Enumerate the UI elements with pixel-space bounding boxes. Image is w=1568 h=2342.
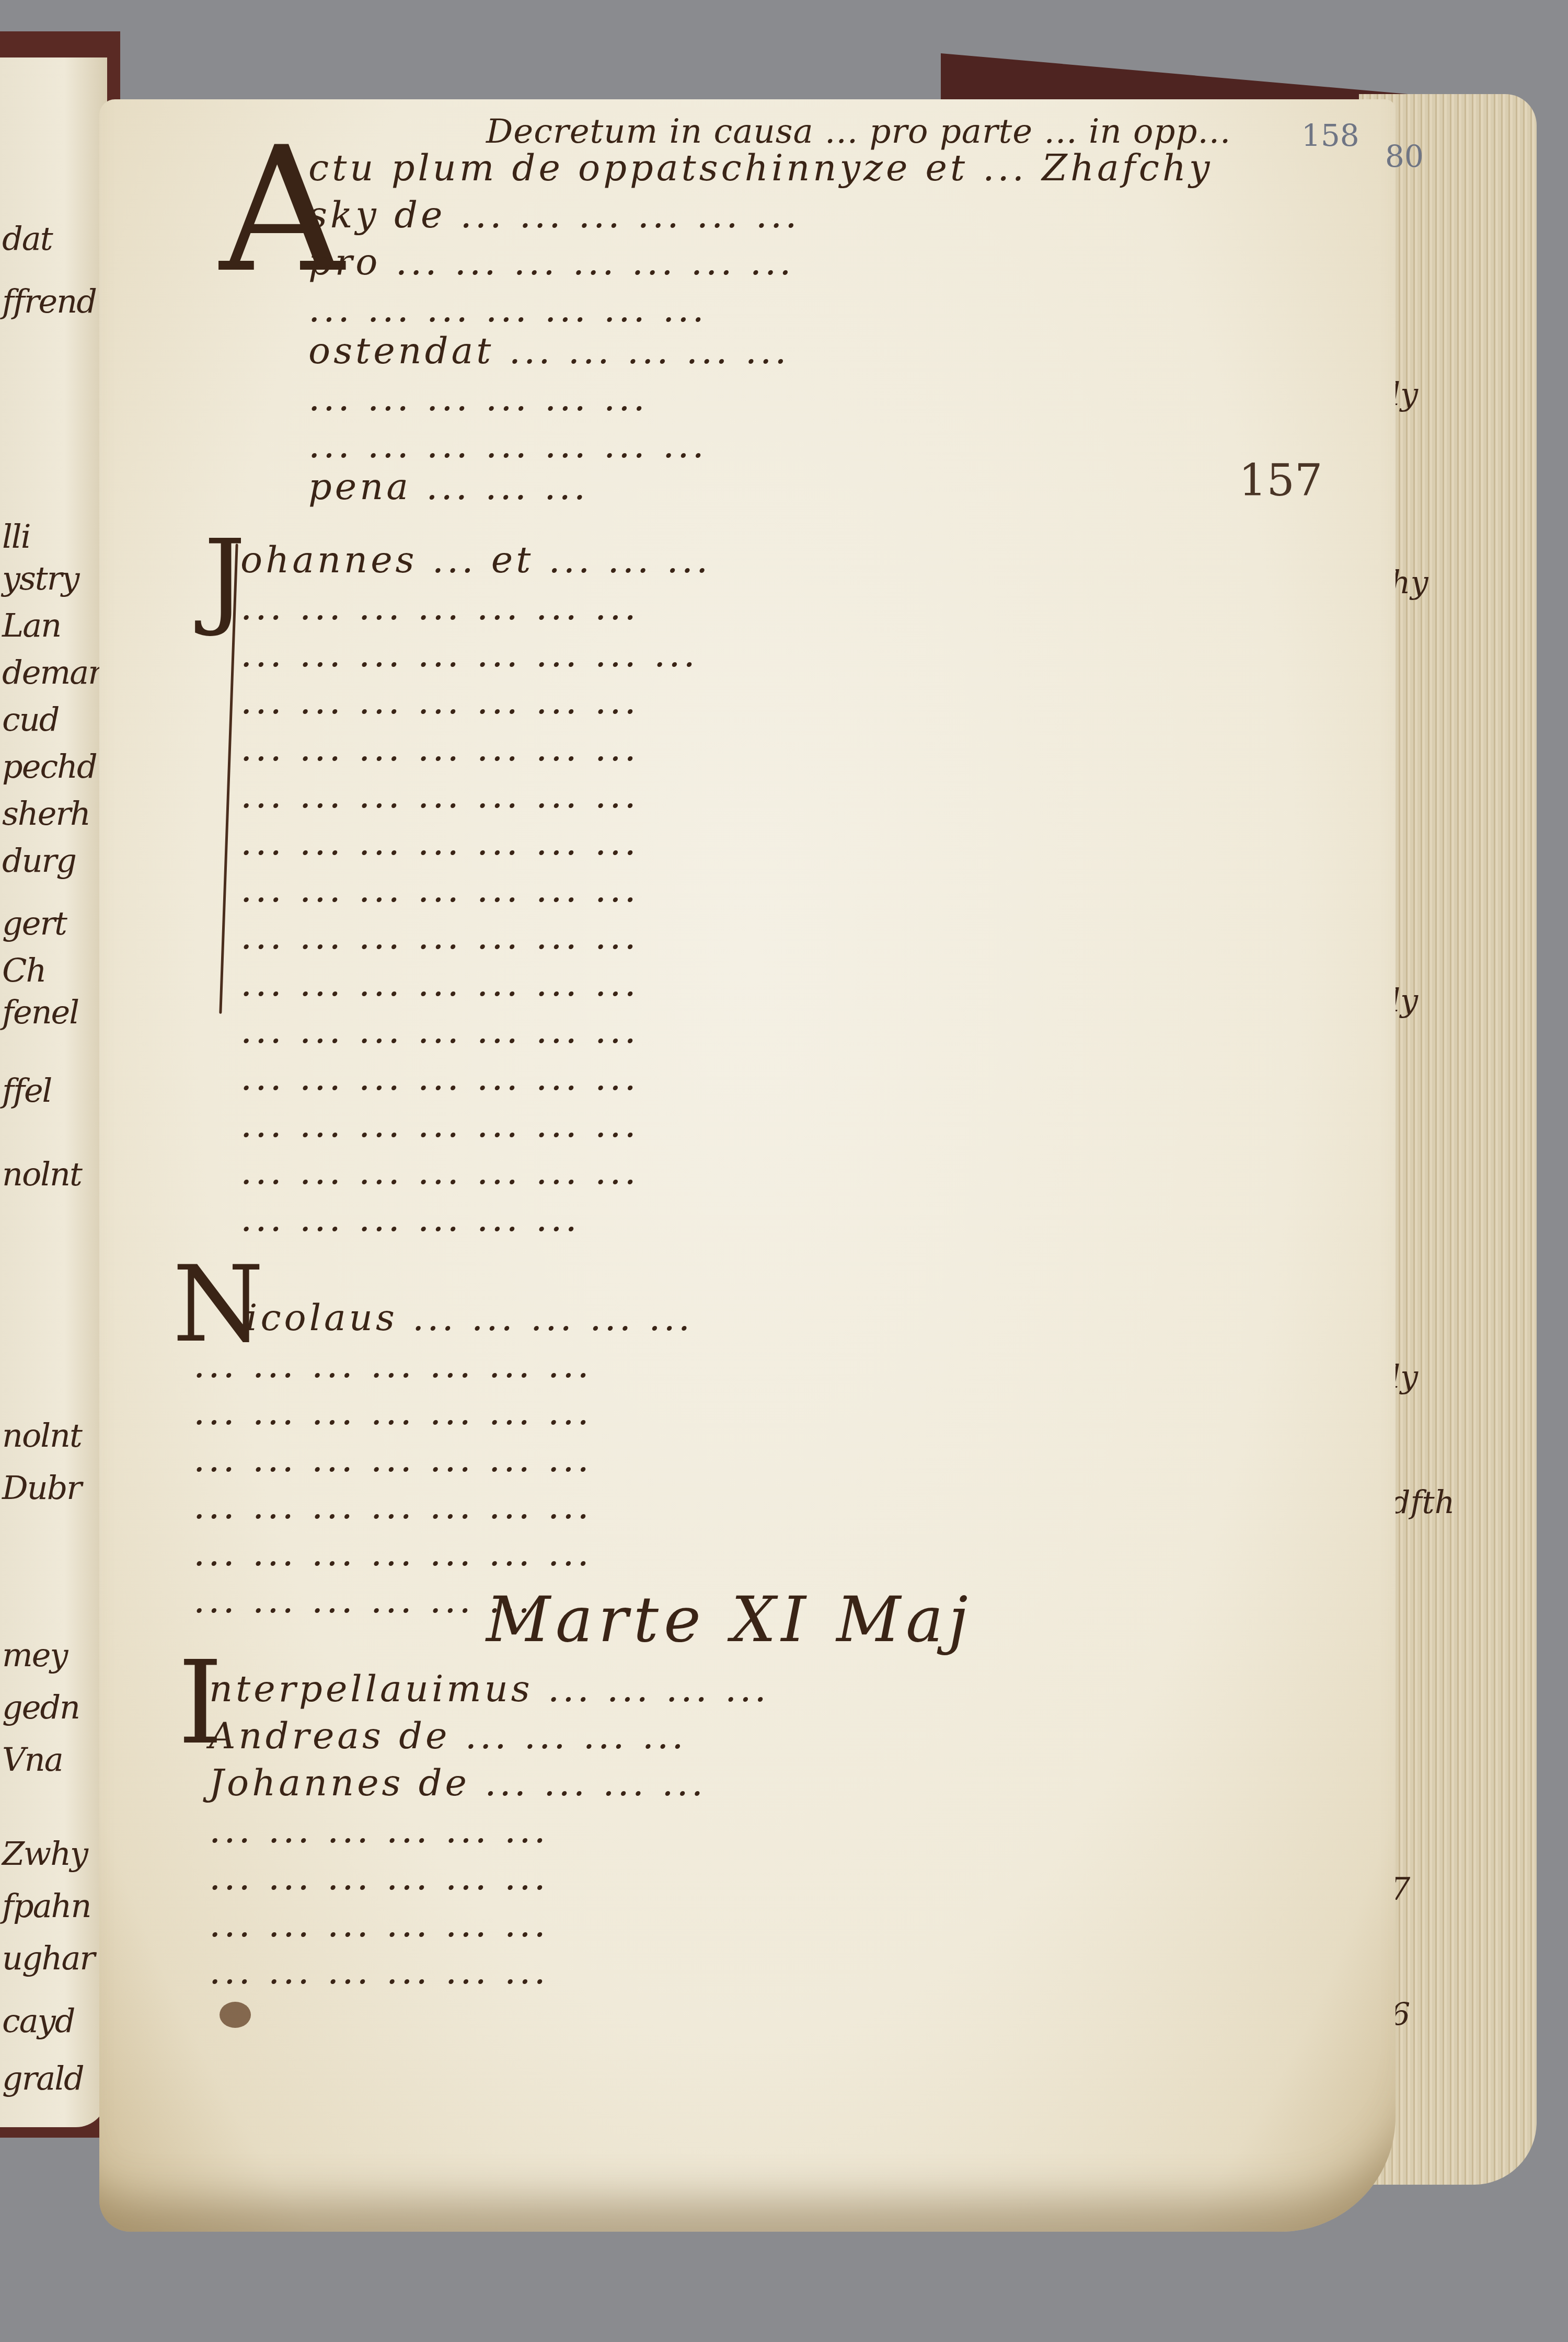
edge-fragment: dfth bbox=[1390, 1484, 1455, 1521]
text-line: ... ... ... ... ... ... ... bbox=[240, 1150, 639, 1193]
text-line: ... ... ... ... ... ... ... bbox=[240, 821, 639, 863]
left-page-fragment: dat bbox=[2, 220, 52, 258]
left-page-fragment: Ch bbox=[2, 951, 45, 989]
left-page-fragment: fenel bbox=[2, 993, 78, 1031]
text-line: ... ... ... ... ... ... ... bbox=[240, 1009, 639, 1052]
text-line: ohannes ... et ... ... ... bbox=[240, 538, 711, 581]
text-line: ... ... ... ... ... ... ... bbox=[193, 1390, 592, 1433]
text-line: ... ... ... ... ... ... ... bbox=[308, 423, 707, 466]
left-page-fragment: ffel bbox=[2, 1071, 51, 1110]
text-line: ... ... ... ... ... ... ... ... bbox=[240, 632, 698, 675]
left-page-fragment: mey bbox=[2, 1636, 67, 1674]
left-page-fragment: Vna bbox=[2, 1740, 63, 1779]
text-line: icolaus ... ... ... ... ... bbox=[246, 1296, 693, 1339]
manuscript-page: Decretum in causa ... pro parte ... in o… bbox=[99, 99, 1396, 2232]
left-page-fragment: demar bbox=[2, 653, 102, 691]
text-line: ... ... ... ... ... ... ... bbox=[240, 726, 639, 769]
text-line: sky de ... ... ... ... ... ... bbox=[308, 193, 800, 236]
text-line: nterpellauimus ... ... ... ... bbox=[209, 1667, 769, 1710]
date-heading: Marte XI Maj bbox=[486, 1584, 973, 1656]
left-page-fragment: cayd bbox=[2, 2002, 74, 2040]
left-page-fragment: gedn bbox=[2, 1688, 79, 1726]
left-page-fragment: nolnt bbox=[2, 1416, 82, 1455]
text-line: ... ... ... ... ... ... bbox=[209, 1808, 549, 1851]
text-line: ... ... ... ... ... ... bbox=[308, 376, 648, 419]
pencil-number: 80 bbox=[1385, 139, 1424, 174]
text-line: ... ... ... ... ... ... ... bbox=[240, 915, 639, 957]
left-page-fragment: cud bbox=[2, 700, 59, 739]
text-line: ... ... ... ... ... ... ... bbox=[240, 962, 639, 1005]
text-line: ... ... ... ... ... ... bbox=[240, 1197, 580, 1240]
left-page-fragment: ffrend bbox=[2, 282, 96, 320]
left-page-fragment: ughar bbox=[2, 1939, 94, 1977]
text-line: ... ... ... ... ... ... ... bbox=[240, 679, 639, 722]
text-line: ... ... ... ... ... ... ... bbox=[308, 287, 707, 330]
initial-letter: J bbox=[204, 517, 246, 639]
left-page-fragment: pechd bbox=[2, 747, 97, 786]
left-page-fragment: durg bbox=[2, 841, 76, 880]
text-line: ostendat ... ... ... ... ... bbox=[308, 329, 789, 372]
text-line: ... ... ... ... ... ... ... bbox=[193, 1343, 592, 1386]
text-line: ... ... ... ... ... ... ... bbox=[240, 774, 639, 816]
edge-fragment: hy bbox=[1390, 564, 1428, 601]
left-page-fragment: grald bbox=[2, 2059, 84, 2097]
text-line: ... ... ... ... ... ... bbox=[193, 1578, 533, 1621]
text-line: ... ... ... ... ... ... ... bbox=[193, 1531, 592, 1574]
text-line: ... ... ... ... ... ... ... bbox=[240, 1056, 639, 1099]
text-line: ... ... ... ... ... ... ... bbox=[193, 1437, 592, 1480]
left-page-fragment: fpahn bbox=[2, 1887, 90, 1925]
text-line: ... ... ... ... ... ... bbox=[209, 1949, 549, 1992]
left-page: dat ffrend lli ystry Lan demar cud pechd… bbox=[0, 57, 107, 2127]
left-page-fragment: lli bbox=[2, 517, 30, 556]
text-line: ... ... ... ... ... ... bbox=[209, 1855, 549, 1898]
left-page-fragment: Lan bbox=[2, 606, 61, 644]
ink-folio-number: 157 bbox=[1239, 455, 1322, 506]
page-heading: Decretum in causa ... pro parte ... in o… bbox=[486, 112, 1231, 151]
text-line: ... ... ... ... ... ... ... bbox=[240, 585, 639, 628]
ink-stain bbox=[220, 2002, 251, 2028]
text-line: ... ... ... ... ... ... ... bbox=[240, 868, 639, 910]
left-page-fragment: gert bbox=[2, 904, 66, 942]
text-line: ... ... ... ... ... ... ... bbox=[193, 1484, 592, 1527]
left-page-fragment: Dubr bbox=[2, 1469, 81, 1507]
text-line: ... ... ... ... ... ... bbox=[209, 1902, 549, 1945]
text-line: Andreas de ... ... ... ... bbox=[209, 1714, 687, 1757]
text-line: ... ... ... ... ... ... ... bbox=[240, 1103, 639, 1146]
left-page-fragment: ystry bbox=[2, 559, 78, 597]
text-line: ctu plum de oppatschinnyze et ... Zhafch… bbox=[308, 146, 1213, 189]
text-line: pena ... ... ... bbox=[308, 465, 589, 508]
left-page-fragment: nolnt bbox=[2, 1155, 82, 1193]
text-line: Johannes de ... ... ... ... bbox=[209, 1761, 706, 1804]
pencil-folio-number: 158 bbox=[1301, 118, 1359, 153]
text-line: pro ... ... ... ... ... ... ... bbox=[308, 240, 794, 283]
left-page-fragment: sherh bbox=[2, 794, 90, 833]
left-page-fragment: Zwhy bbox=[2, 1835, 87, 1873]
